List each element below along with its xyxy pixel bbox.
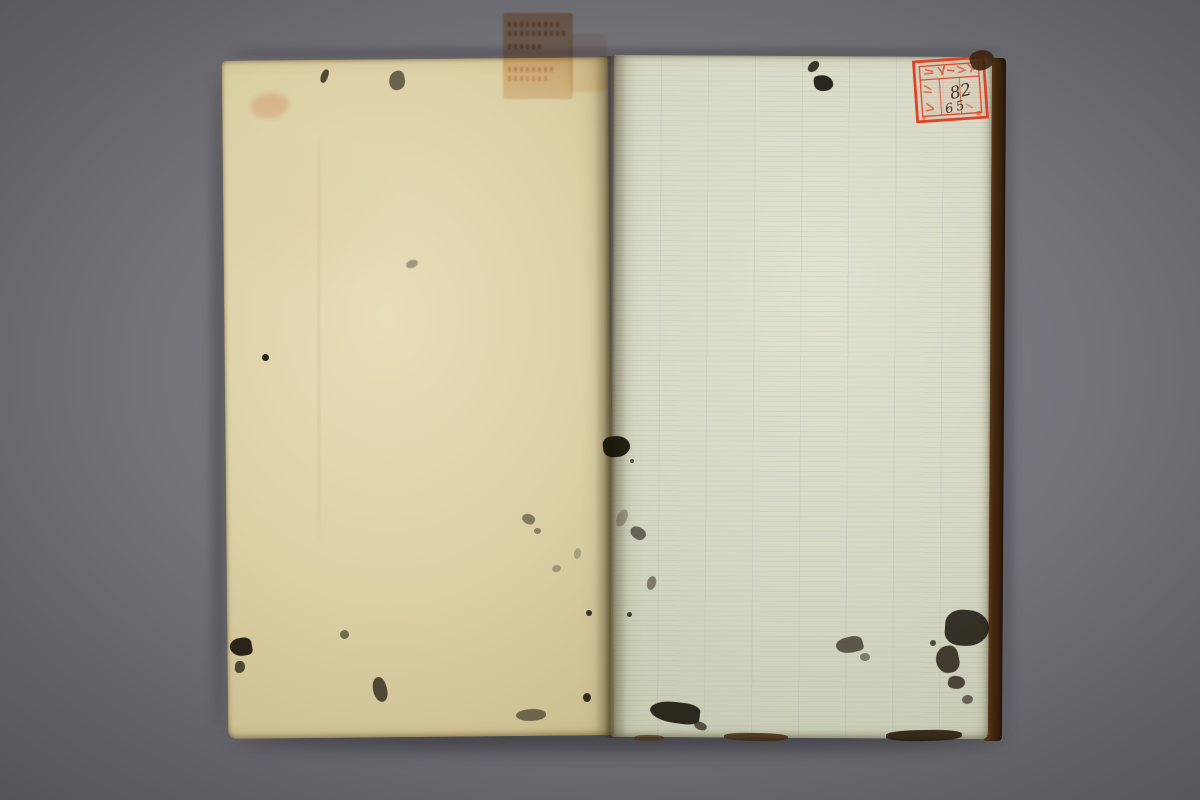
stamp-glyph-row bbox=[508, 76, 548, 81]
red-collection-seal: 82 65 bbox=[911, 54, 991, 125]
right-page bbox=[610, 55, 992, 739]
stamp-glyph-row bbox=[508, 67, 554, 72]
stamp-glyph-row bbox=[508, 31, 566, 36]
photo-open-antique-book: 82 65 bbox=[0, 0, 1200, 800]
seal-graphic: 82 65 bbox=[911, 54, 991, 125]
book-gutter-fold bbox=[595, 56, 627, 738]
left-page bbox=[222, 57, 614, 739]
orange-stamp-faint-extension bbox=[569, 34, 607, 92]
stamp-glyph-row bbox=[508, 44, 542, 49]
orange-stamp-residue bbox=[503, 13, 573, 99]
stamp-glyph-row bbox=[508, 22, 560, 27]
